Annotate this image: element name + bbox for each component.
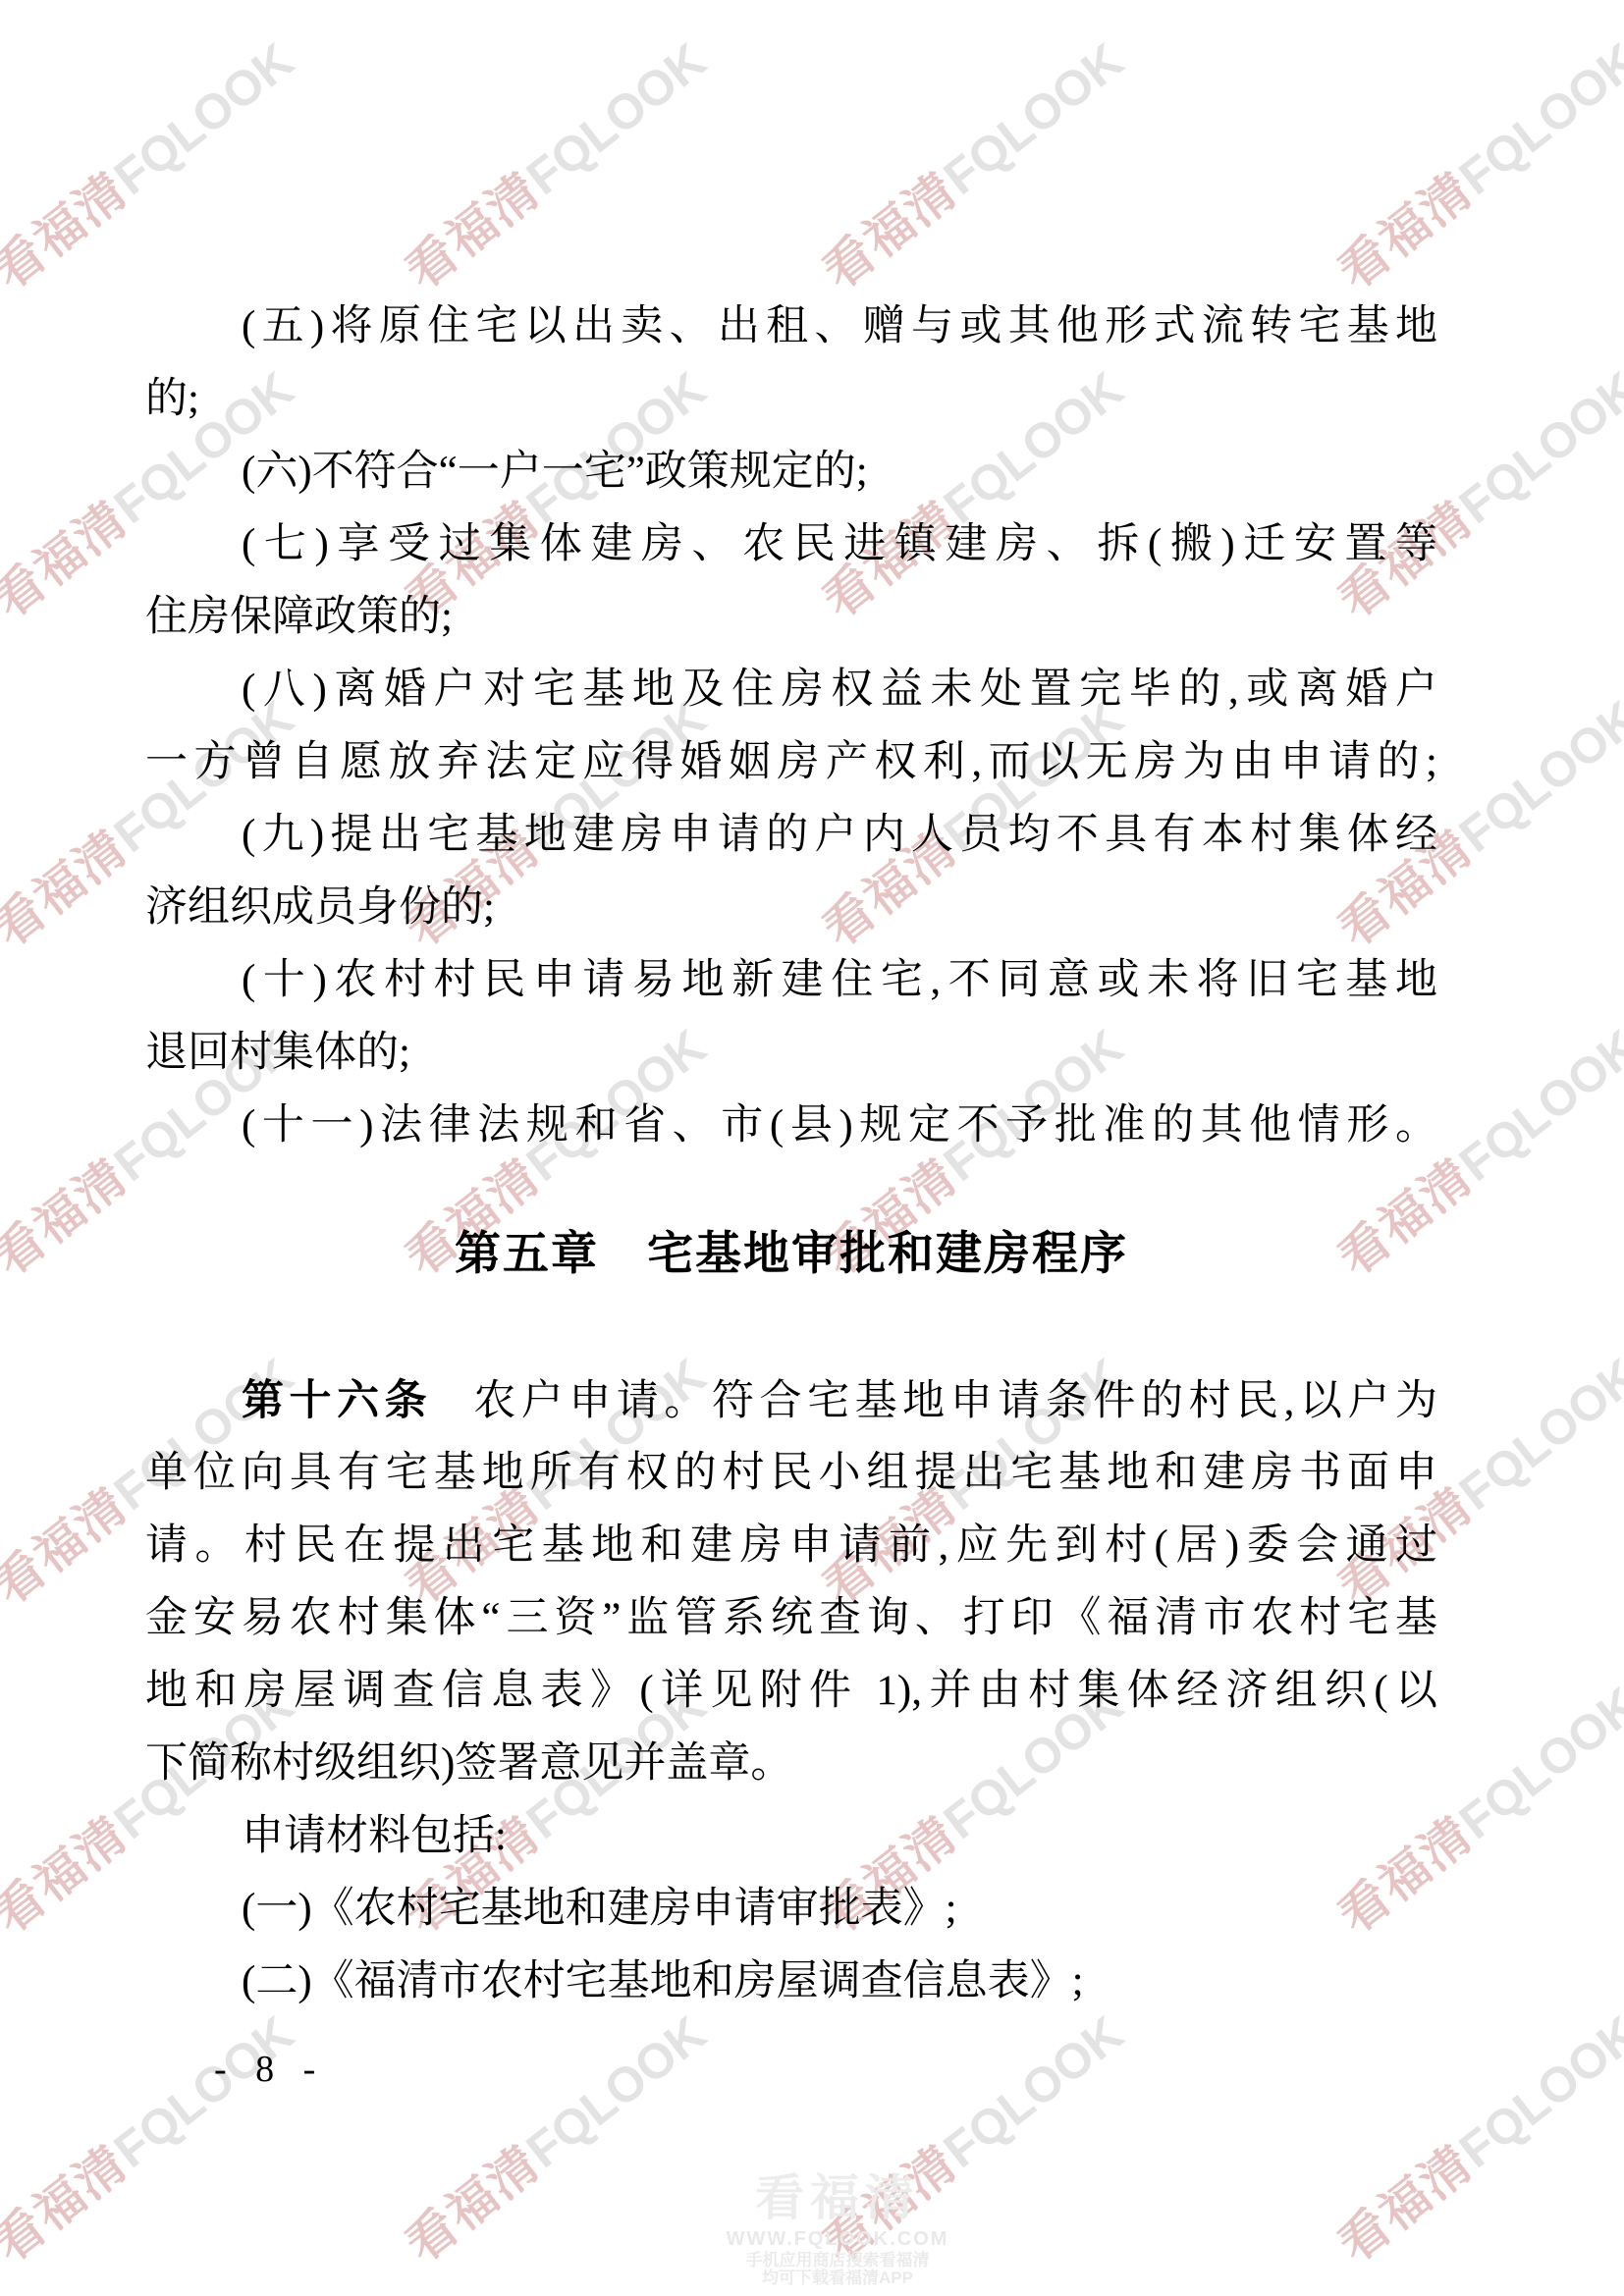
watermark-cn-text: 看福清 [0, 1477, 137, 1615]
doc-line: 下简称村级组织)签署意见并盖章。 [145, 1728, 1437, 1800]
doc-line: 请。村民在提出宅基地和建房申请前,应先到村(居)委会通过 [145, 1510, 1437, 1582]
watermark-cn-text: 看福清 [0, 1806, 137, 1944]
watermark-en-text: FQLOOK [1449, 1019, 1624, 1192]
doc-line: 退回村集体的; [145, 1017, 1437, 1090]
doc-line: (五)将原住宅以出卖、出租、赠与或其他形式流转宅基地 [145, 291, 1437, 363]
watermark-cn-text: 看福清 [0, 491, 137, 628]
watermark-cn-text: 看福清 [0, 820, 137, 957]
watermark-en-text: FQLOOK [104, 32, 303, 205]
doc-line: 单位向具有宅基地所有权的村民小组提出宅基地和建房书面申 [145, 1437, 1437, 1510]
doc-line: (十)农村村民申请易地新建住宅,不同意或未将旧宅基地 [145, 944, 1437, 1017]
doc-line: 地和房屋调查信息表》(详见附件 1),并由村集体经济组织(以 [145, 1655, 1437, 1728]
watermark-tile: 看福清FQLOOK [394, 25, 726, 302]
page-number: - 8 - [145, 2033, 1437, 2106]
watermark-cn-text: 看福清 [396, 162, 550, 299]
article-number-label: 第十六条 [242, 1377, 432, 1424]
watermark-en-text: FQLOOK [934, 32, 1133, 205]
watermark-cn-text: 看福清 [0, 1148, 137, 1286]
logo-site-url: WWW.FQLOOK.COM [676, 2226, 1000, 2252]
watermark-en-text: FQLOOK [1449, 32, 1624, 205]
document-page: 看福清FQLOOK 看福清FQLOOK 看福清FQLOOK 看福清FQLOOK … [0, 0, 1624, 2296]
watermark-tile: 看福清FQLOOK [1326, 25, 1624, 302]
watermark-en-text: FQLOOK [1449, 361, 1624, 534]
doc-line: 济组织成员身份的; [145, 872, 1437, 944]
logo-note-2: 均可下载看福清APP [676, 2269, 1000, 2287]
doc-line: (七)享受过集体建房、农民进镇建房、拆(搬)迁安置等 [145, 508, 1437, 581]
logo-title: 看福清 [676, 2169, 1000, 2226]
doc-line: (二)《福清市农村宅基地和房屋调查信息表》; [145, 1946, 1437, 2018]
chapter-heading: 第五章 宅基地审批和建房程序 [145, 1211, 1437, 1296]
doc-line: 第十六条农户申请。符合宅基地申请条件的村民,以户为 [145, 1364, 1437, 1437]
watermark-en-text: FQLOOK [516, 32, 716, 205]
watermark-cn-text: 看福清 [0, 162, 137, 299]
watermark-cn-text: 看福清 [1328, 162, 1483, 299]
document-body: (五)将原住宅以出卖、出租、赠与或其他形式流转宅基地 的; (六)不符合“一户一… [145, 291, 1437, 2106]
article-text: 农户申请。符合宅基地申请条件的村民,以户为 [473, 1378, 1437, 1424]
watermark-en-text: FQLOOK [1449, 1677, 1624, 1849]
doc-line: (十一)法律法规和省、市(县)规定不予批准的其他情形。 [145, 1090, 1437, 1162]
doc-line: 金安易农村集体“三资”监管系统查询、打印《福清市农村宅基 [145, 1582, 1437, 1655]
watermark-en-text: FQLOOK [1449, 2005, 1624, 2178]
watermark-cn-text: 看福清 [1328, 2135, 1483, 2272]
watermark-cn-text: 看福清 [813, 2135, 967, 2272]
doc-line: (六)不符合“一户一宅”政策规定的; [145, 436, 1437, 508]
doc-line: (八)离婚户对宅基地及住房权益未处置完毕的,或离婚户 [145, 654, 1437, 726]
watermark-tile: 看福清FQLOOK [811, 25, 1143, 302]
doc-line: 的; [145, 363, 1437, 436]
site-logo-watermark: 看福清 WWW.FQLOOK.COM 手机应用商店搜索看福清 均可下载看福清AP… [676, 2169, 1000, 2287]
logo-note-1: 手机应用商店搜索看福清 [676, 2252, 1000, 2269]
doc-line: (九)提出宅基地建房申请的户内人员均不具有本村集体经 [145, 799, 1437, 872]
watermark-en-text: FQLOOK [1449, 1348, 1624, 1521]
watermark-en-text: FQLOOK [1449, 690, 1624, 863]
doc-line: 住房保障政策的; [145, 581, 1437, 654]
watermark-tile: 看福清FQLOOK [0, 25, 313, 302]
doc-line: 申请材料包括: [145, 1800, 1437, 1873]
doc-line: (一)《农村宅基地和建房申请审批表》; [145, 1873, 1437, 1946]
watermark-cn-text: 看福清 [813, 162, 967, 299]
doc-line: 一方曾自愿放弃法定应得婚姻房产权利,而以无房为由申请的; [145, 726, 1437, 799]
watermark-cn-text: 看福清 [0, 2135, 137, 2272]
watermark-cn-text: 看福清 [396, 2135, 550, 2272]
